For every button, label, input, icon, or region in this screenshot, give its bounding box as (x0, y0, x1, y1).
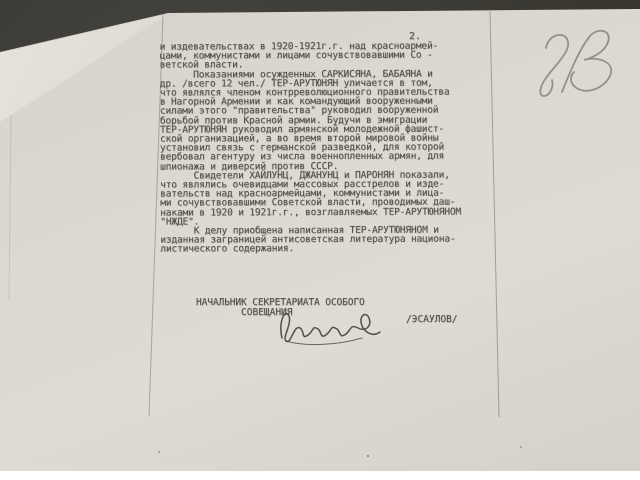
handwritten-signature (272, 300, 390, 352)
document-body-text: и издевательствах в 1920-1921г.г. над кр… (160, 41, 491, 254)
pencil-annotation (528, 26, 623, 108)
photo-of-document: 2. и издевательствах в 1920-1921г.г. над… (0, 0, 640, 471)
signoff-name: /ЭСАУЛОВ/ (406, 314, 457, 325)
screenshot-root: { "document": { "page_number": "2.", "bo… (0, 0, 640, 480)
